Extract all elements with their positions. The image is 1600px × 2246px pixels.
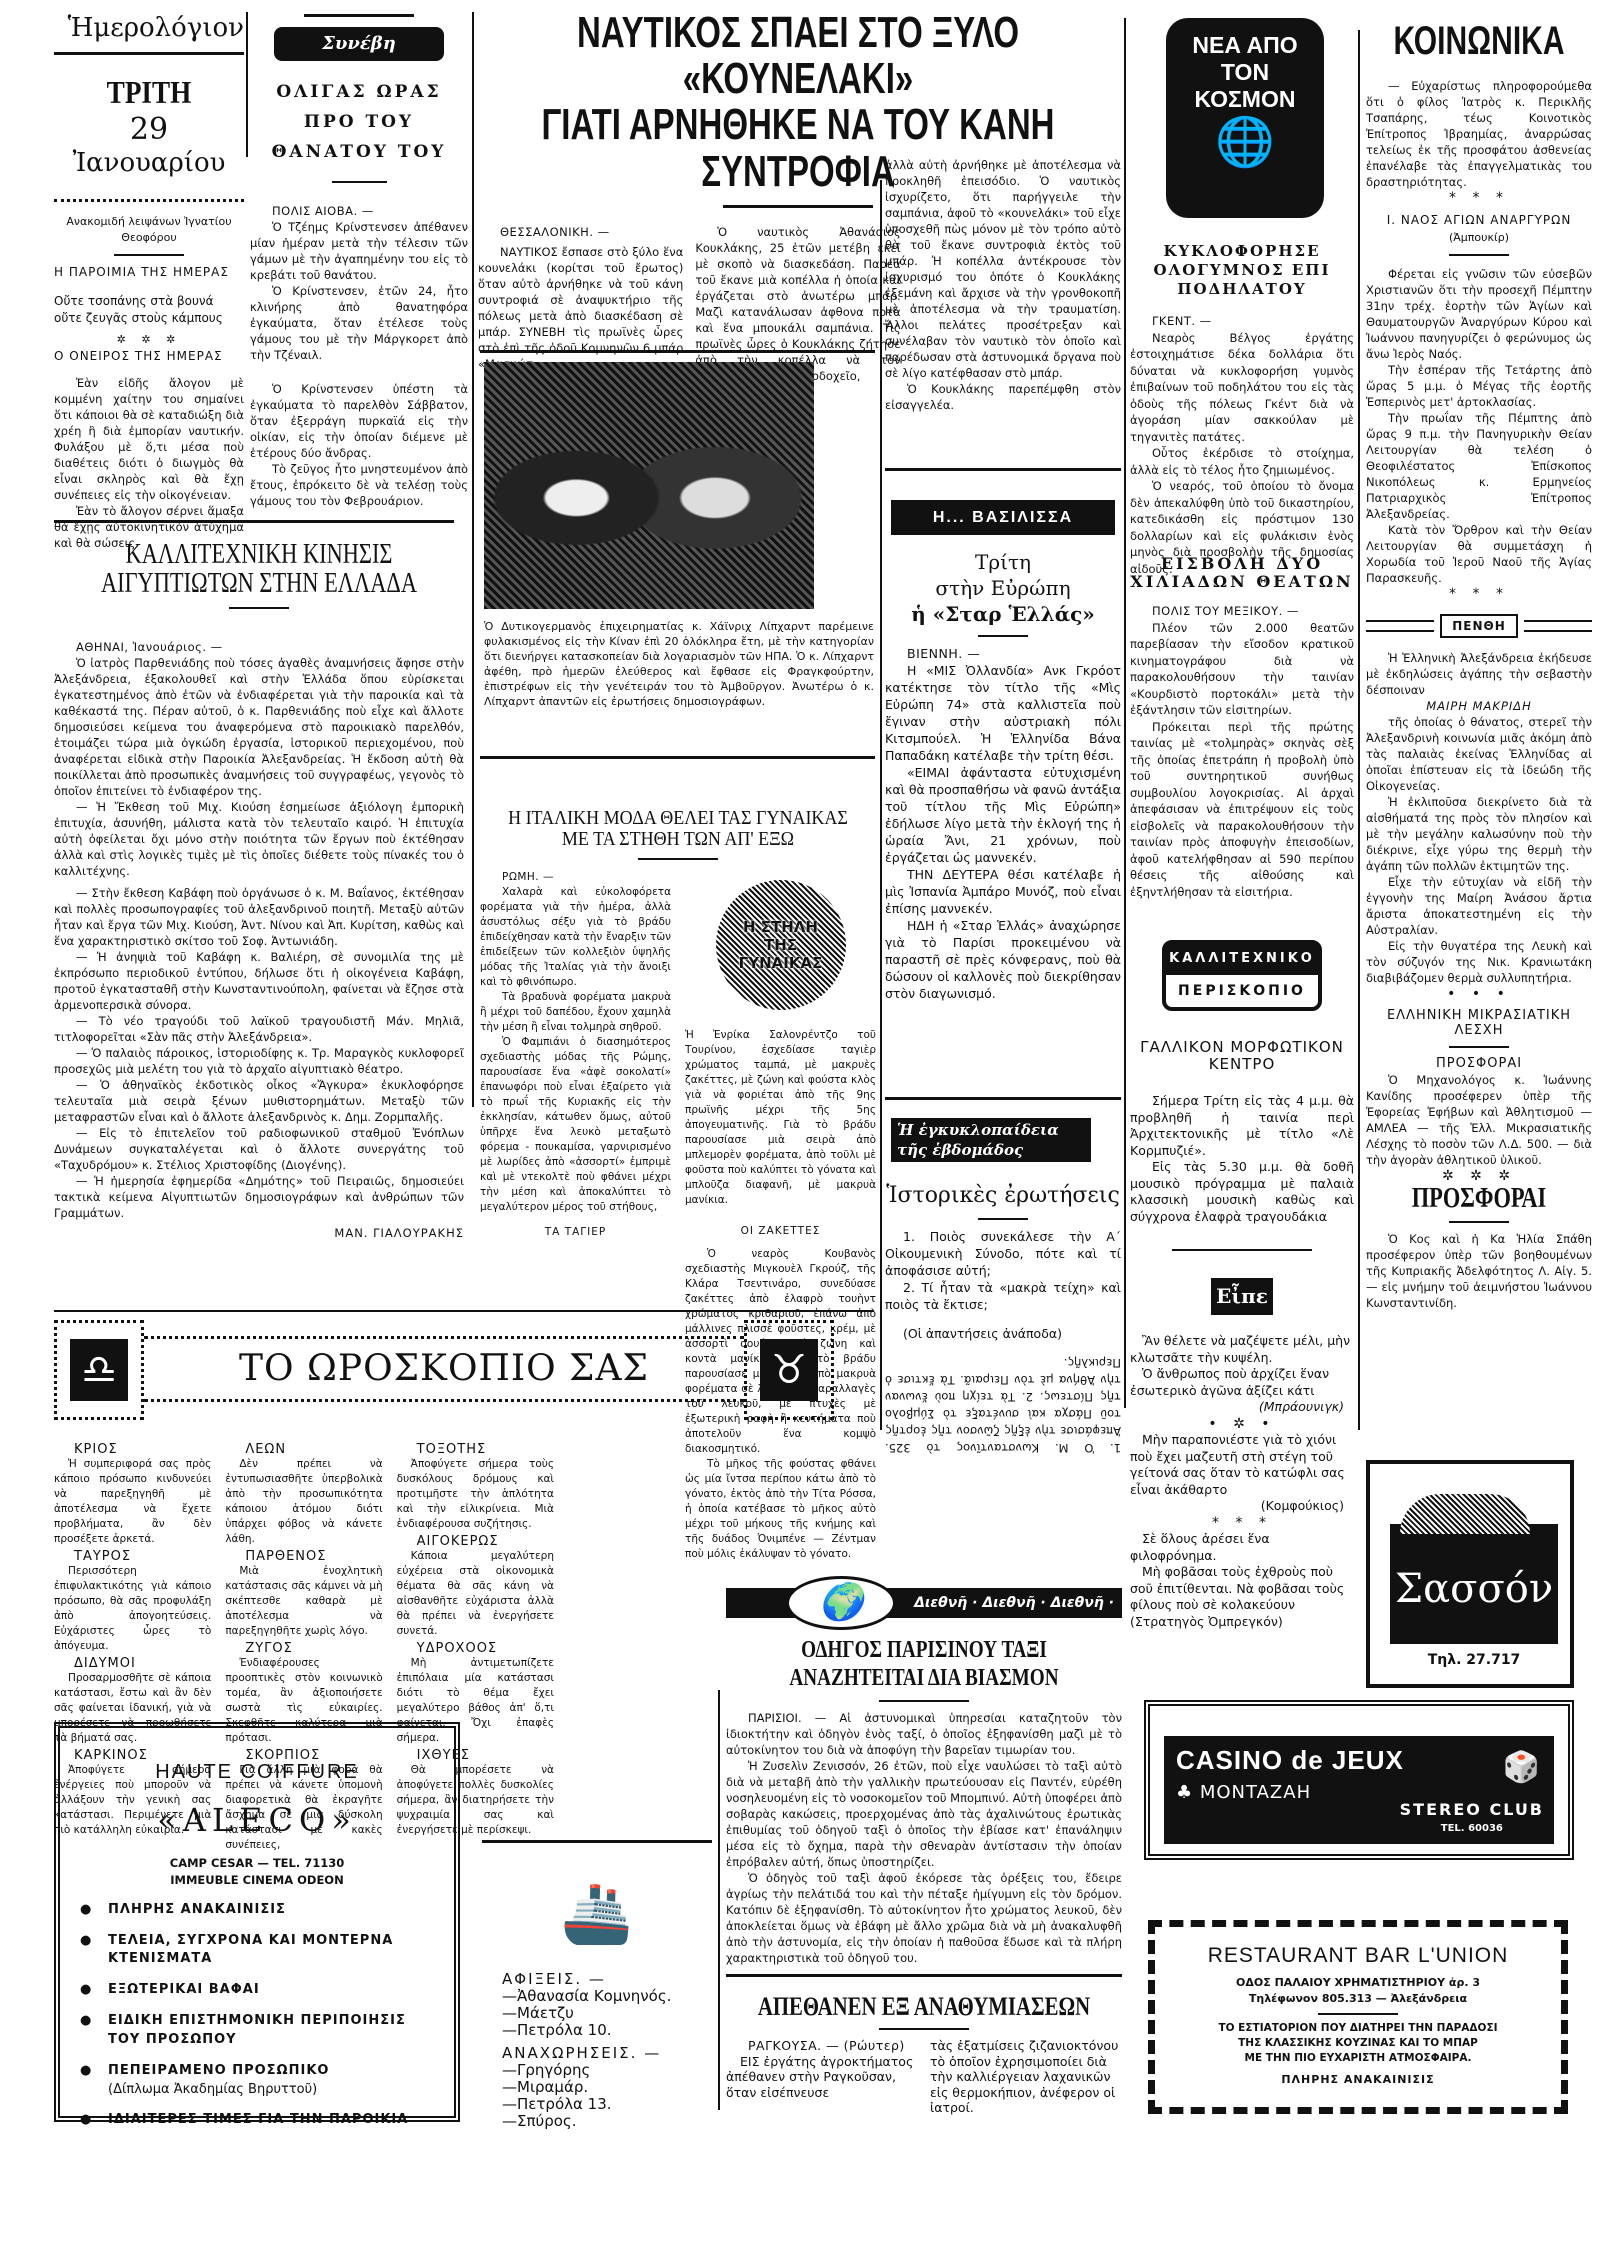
- paragraph: Εἶχε τὴν εὐτυχίαν νὰ εἰδῆ τὴν ἐγγονὴν τη…: [1366, 874, 1592, 938]
- almanac-month: Ἰανουαρίου: [54, 145, 244, 183]
- ad-address: ΟΔΟΣ ΠΑΛΑΙΟΥ ΧΡΗΜΑΤΙΣΤΗΡΙΟΥ ἀρ. 3: [1165, 1975, 1551, 1991]
- proverb-heading: Η ΠΑΡΟΙΜΙΑ ΤΗΣ ΗΜΕΡΑΣ: [54, 264, 244, 281]
- ad-line: HAUTE COIFFURE: [80, 1758, 434, 1787]
- paragraph: — Εἰς τὸ ἐπιτελεῖον τοῦ ραδιοφωνικοῦ στα…: [54, 1125, 464, 1173]
- church-heading: Ι. ΝΑΟΣ ΑΓΙΩΝ ΑΝΑΡΓΥΡΩΝ: [1366, 212, 1592, 228]
- paragraph: Ὁ Φαμπιάνι ὁ διασημότερος σχεδιαστὴς μόδ…: [480, 1035, 671, 1215]
- synevi-label: Συνέβη: [274, 27, 444, 61]
- paragraph: Ἡ Ἑλληνικὴ Ἀλεξάνδρεια ἐκήδευσε μὲ ἐκδηλ…: [1366, 650, 1592, 698]
- world-banner: 🌍 Διεθνῆ · Διεθνῆ · Διεθνῆ ·: [726, 1588, 1122, 1618]
- photo-image: [484, 362, 814, 609]
- cinema-headline: ΕΙΣΒΟΛΗ ΔΥΟ ΧΙΛΙΑΔΩΝ ΘΕΑΤΩΝ: [1130, 555, 1354, 591]
- departures-label: ΑΝΑΧΩΡΗΣΕΙΣ. —: [502, 2045, 712, 2062]
- paragraph: Ὁ ὁδηγὸς τοῦ ταξὶ ἀφοῦ ἐκόρεσε τὰς ὀρέξε…: [726, 1870, 1122, 1966]
- quote: Ἂν θέλετε νὰ μαζέψετε μέλι, μὴν κλωτσᾶτε…: [1130, 1333, 1354, 1366]
- dateline: ΠΟΛΙΣ ΑΙΟΒΑ. —: [250, 203, 468, 219]
- answers-upside-down: 1. Ὁ Μ. Κωνσταντῖνος τὸ 325. Ἀπεφάσισε τ…: [885, 1354, 1121, 1456]
- ad-bullet: ΕΞΩΤΕΡΙΚΑΙ ΒΑΦΑΙ: [80, 1981, 434, 2000]
- question: 1. Ποιὸς συνεκάλεσε τὴν Α΄ Οἰκουμενικὴ Σ…: [885, 1228, 1121, 1279]
- quote-author: (Κομφούκιος): [1130, 1498, 1354, 1515]
- queen-story: Η... ΒΑΣΙΛΙΣΣΑ Τρίτη στὴν Εὐρώπη ἡ «Σταρ…: [885, 500, 1121, 1002]
- paragraph: Οὗτος ἐκέρδισε τὸ στοίχημα, ἀλλὰ εἰς τὸ …: [1130, 445, 1354, 478]
- sign-text: Κάποια μεγαλύτερη εὐχέρεια στὰ οἰκονομικ…: [397, 1549, 554, 1639]
- artists-story: ΚΑΛΛΙΤΕΧΝΙΚΗ ΚΙΝΗΣΙΣ ΑΙΓΥΠΤΙΩΤΩΝ ΣΤΗΝ ΕΛ…: [54, 540, 464, 1241]
- paragraph: Ὁ Κρίνστενσεν ὑπέστη τὰ ἐγκαύματα τὸ παρ…: [250, 381, 468, 461]
- taxi-story: 🌍 Διεθνῆ · Διεθνῆ · Διεθνῆ · ΟΔΗΓΟΣ ΠΑΡΙ…: [726, 1588, 1122, 2116]
- stars-divider: • ✲ •: [1130, 1416, 1354, 1433]
- queen-headline: Τρίτη στὴν Εὐρώπη ἡ «Σταρ Ἑλλάς»: [885, 549, 1121, 627]
- lead-story-continued: ἀλλὰ αὐτὴ ἀρνήθηκε μὲ ἀποτέλεσμα νὰ προκ…: [885, 157, 1121, 413]
- sign-gemini: ΔΙΔΥΜΟΙ: [54, 1656, 211, 1671]
- ad-title: RESTAURANT BAR L'UNION: [1165, 1941, 1551, 1971]
- quote: Σὲ ὅλους ἀρέσει ἕνα φιλοφρόνημα.: [1130, 1531, 1354, 1564]
- taurus-frame: ♉: [744, 1320, 834, 1420]
- periscope-badge: ΚΑΛΛΙΤΕΧΝΙΚΟ ΠΕΡΙΣΚΟΠΙΟ: [1162, 940, 1322, 1011]
- paragraph: τὰς ἐξατμίσεις ζιζανιοκτόνου τὸ ὁποῖον ἐ…: [930, 2038, 1122, 2116]
- departure-item: —Μιραμάρ.: [502, 2079, 712, 2096]
- paragraph: Τὴν πρωΐαν τῆς Πέμπτης ἀπὸ ὥρας 9 π.μ. τ…: [1366, 410, 1592, 522]
- paragraph: Ὁ ἰατρὸς Παρθενιάδης ποὺ τόσες ἀγαθὲς ἀν…: [54, 655, 464, 799]
- dream-text: Ἐὰν εἰδῆς ἄλογον μὲ κομμένη χαίτην του σ…: [54, 375, 244, 503]
- sign-sagittarius: ΤΟΞΟΤΗΣ: [397, 1442, 554, 1457]
- club-subheading: ΠΡΟΣΦΟΡΑΙ: [1366, 1056, 1592, 1072]
- dateline: ΠΟΛΙΣ ΤΟΥ ΜΕΞΙΚΟΥ. —: [1130, 603, 1354, 620]
- subheading: ΟΙ ΖΑΚΕΤΤΕΣ: [685, 1224, 876, 1239]
- sign-text: Δὲν πρέπει νὰ ἐντυπωσιασθῆτε ὑπερβολικὰ …: [225, 1457, 382, 1547]
- ad-title: CASINO de JEUX: [1176, 1742, 1542, 1780]
- cyclist-headline: ΚΥΚΛΟΦΟΡΗΣΕ ΟΛΟΓΥΜΝΟΣ ΕΠΙ ΠΟΔΗΛΑΤΟΥ: [1130, 242, 1354, 299]
- arrival-item: —Ἀθανασία Κομνηνός.: [502, 1988, 712, 2005]
- sign-taurus: ΤΑΥΡΟΣ: [54, 1549, 211, 1564]
- departure-item: —Πετρόλα 13.: [502, 2096, 712, 2113]
- cultural-heading: ΓΑΛΛΙΚΟΝ ΜΟΡΦΩΤΙΚΟΝ ΚΕΝΤΡΟ: [1130, 1039, 1354, 1073]
- arrivals-label: ΑΦΙΞΕΙΣ. —: [502, 1971, 712, 1988]
- ad-phone: Τηλέφωνον 805.313 — Ἀλεξάνδρεια: [1165, 1991, 1551, 2007]
- ad-address: CAMP CESAR — TEL. 71130: [80, 1855, 434, 1872]
- church-subheading: (Ἀμπουκίρ): [1366, 230, 1592, 246]
- sign-aries: ΚΡΙΟΣ: [54, 1442, 211, 1457]
- ad-phone: Τηλ. 27.717: [1390, 1650, 1558, 1670]
- stars-divider: • • •: [1366, 986, 1592, 1002]
- women-column-badge: Η ΣΤΗΛΗ ΤΗΣ ΓΥΝΑΙΚΑΣ: [716, 880, 846, 1010]
- quote: Μὴν παραπονιέστε γιὰ τὸ χιόνι ποὺ ἔχει μ…: [1130, 1432, 1354, 1498]
- globe-icon: 🌍: [786, 1576, 896, 1630]
- paragraph: — Ὁ παλαιὸς πάροικος, ἱστοριοδίφης κ. Τρ…: [54, 1045, 464, 1077]
- paragraph: Τὸ ζεῦγος ἦτο μνηστευμένον ἀπὸ ἔτους, ἐπ…: [250, 461, 468, 509]
- sasson-advertisement[interactable]: Σασσόν Τηλ. 27.717: [1366, 1460, 1574, 1688]
- paragraph: Ἡ Ζυσελὶν Ζενισσόν, 26 ἐτῶν, ποὺ εἶχε να…: [726, 1758, 1122, 1870]
- paragraph: ΤΗΝ ΔΕΥΤΕΡΑ θέσι κατέλαβε ἡ μὶς Ἰσπανία …: [885, 866, 1121, 917]
- paragraph: Ὁ Τζέημς Κρίνστενσεν ἀπέθανεν μίαν ἡμέρα…: [250, 219, 468, 283]
- shipping-column: 🚢 ΑΦΙΞΕΙΣ. — —Ἀθανασία Κομνηνός. —Μάετζυ…: [482, 1680, 712, 2130]
- encyclopedia-headline: Ἱστορικὲς ἐρωτήσεις: [885, 1182, 1121, 1210]
- column-rule: [472, 12, 474, 1107]
- stars-divider: * * *: [1130, 1515, 1354, 1532]
- horoscope-title: ΤΟ ΩΡΟΣΚΟΠΙΟ ΣΑΣ: [144, 1336, 744, 1402]
- paragraph: Σήμερα Τρίτη εἰς τὰς 4 μ.μ. θὰ προβληθῆ …: [1130, 1093, 1354, 1159]
- ad-bullet: ΠΕΠΕΙΡΑΜΕΝΟ ΠΡΟΣΩΠΙΚΟ(Δίπλωμα Ἀκαδημίας …: [80, 2062, 434, 2100]
- paragraph: Φέρεται εἰς γνῶσιν τῶν εὐσεβῶν Χριστιανῶ…: [1366, 266, 1592, 362]
- ad-bullet: ΠΛΗΡΗΣ ΑΝΑΚΑΙΝΙΣΙΣ: [80, 1901, 434, 1920]
- dateline: ΡΩΜΗ. —: [480, 870, 671, 885]
- aleco-advertisement[interactable]: HAUTE COIFFURE «ALECO» CAMP CESAR — TEL.…: [54, 1722, 460, 2122]
- paragraph: Εἰς τὰς 5.30 μ.μ. θὰ δοθῆ μουσικὸ πρόγρα…: [1130, 1159, 1354, 1225]
- paragraph: — Στὴν ἔκθεση Καβάφη ποὺ ὀργάνωσε ὁ κ. Μ…: [54, 885, 464, 949]
- sign-text: Περισσότερη ἐπιφυλακτικότης γιὰ κάποιο π…: [54, 1564, 211, 1654]
- donations-heading: ΠΡΟΣΦΟΡΑΙ: [1389, 1184, 1570, 1213]
- encyclopedia: Ἡ ἐγκυκλοπαίδεια τῆς ἑβδομάδος Ἱστορικὲς…: [885, 1118, 1121, 1456]
- libra-icon: ♎: [70, 1339, 128, 1401]
- stars-divider: * * *: [1366, 190, 1592, 206]
- paragraph: τῆς ὁποίας ὁ θάνατος, στερεῖ τὴν Ἀλεξανδ…: [1366, 714, 1592, 794]
- synevi-story: Συνέβη ΟΛΙΓΑΣ ΩΡΑΣ ΠΡΟ ΤΟΥ ΘΑΝΑΤΟΥ ΤΟΥ Π…: [250, 14, 468, 509]
- stars-divider: * * *: [1366, 586, 1592, 602]
- answers-note: (Οἱ ἀπαντήσεις ἀνάποδα): [885, 1325, 1121, 1342]
- sign-virgo: ΠΑΡΘΕΝΟΣ: [225, 1549, 382, 1564]
- paragraph: ΕΙΣ ἐργάτης ἀγροκτήματος ἀπέθανεν στὴν Ρ…: [726, 2054, 918, 2101]
- casino-advertisement[interactable]: CASINO de JEUX ♣ MONTAZAH STEREO CLUB TE…: [1144, 1700, 1574, 1860]
- paragraph: Τὴν ἑσπέραν τῆς Τετάρτης ἀπὸ ὥρας 5 μ.μ.…: [1366, 362, 1592, 410]
- ad-bullet: ΕΙΔΙΚΗ ΕΠΙΣΤΗΜΟΝΙΚΗ ΠΕΡΙΠΟΙΗΣΙΣ ΤΟΥ ΠΡΟΣ…: [80, 2012, 434, 2050]
- quotes-label: Εἶπε: [1211, 1278, 1273, 1315]
- libra-frame: ♎: [54, 1320, 144, 1420]
- column-rule: [1358, 30, 1360, 1430]
- news-photo: Ὁ Δυτικογερμανὸς ἐπιχειρηματίας κ. Χάϊνρ…: [484, 362, 876, 709]
- roulette-icon: 🎲: [1503, 1746, 1540, 1790]
- paragraph: «ΕΙΜΑΙ ἀφάνταστα εὐτυχισμένη καὶ θὰ προσ…: [885, 764, 1121, 866]
- paragraph: Εἰς τὴν θυγατέρα της Λευκὴ καὶ τὸν σύζυγ…: [1366, 938, 1592, 986]
- dateline: ΑΘΗΝΑΙ, Ἰανουάριος. —: [54, 639, 464, 655]
- departure-item: —Γρηγόρης: [502, 2062, 712, 2079]
- dateline: ΓΚΕΝΤ. —: [1130, 313, 1354, 330]
- world-news: ΝΕΑ ΑΠΟ ΤΟΝ ΚΟΣΜΟΝ 🌐 ΚΥΚΛΟΦΟΡΗΣΕ ΟΛΟΓΥΜΝ…: [1130, 18, 1354, 577]
- dateline: ΡΑΓΚΟΥΣΑ. — (Ρώυτερ): [726, 2038, 918, 2054]
- fumes-headline: ΑΠΕΘΑΝΕΝ ΕΞ ΑΝΑΘΥΜΙΑΣΕΩΝ: [742, 1993, 1107, 2020]
- dream-heading: Ο ΟΝΕΙΡΟΣ ΤΗΣ ΗΜΕΡΑΣ: [54, 348, 244, 365]
- ad-bullet: ΙΔΙΑΙΤΕΡΕΣ ΤΙΜΕΣ ΓΙΑ ΤΗΝ ΠΑΡΟΙΚΙΑ: [80, 2111, 434, 2130]
- paragraph: Ἡ ἐκλιποῦσα διεκρίνετο διὰ τὰ αἰσθήματά …: [1366, 794, 1592, 874]
- paragraph: ΗΔΗ ἡ «Σταρ Ἑλλάς» ἀναχώρησε γιὰ τὸ Παρί…: [885, 917, 1121, 1002]
- quote-author: (Στρατηγὸς Ὀμπρεγκόν): [1130, 1614, 1354, 1631]
- paragraph: Πλέον τῶν 2.000 θεατῶν παρεβίασαν τὴν εἴ…: [1130, 620, 1354, 719]
- sign-text: Ἀποφύγετε σήμερα τοὺς δυσκόλους δρόμους …: [397, 1457, 554, 1532]
- paragraph: Τὰ βραδυνὰ φορέματα μακρυὰ ἢ μέχρι τοῦ δ…: [480, 990, 671, 1035]
- ad-bullet: ΤΕΛΕΙΑ, ΣΥΓΧΡΟΝΑ ΚΑΙ ΜΟΝΤΕΡΝΑ ΚΤΕΝΙΣΜΑΤΑ: [80, 1932, 434, 1970]
- departure-item: —Σπύρος.: [502, 2113, 712, 2130]
- sign-aquarius: ΥΔΡΟΧΟΟΣ: [397, 1641, 554, 1656]
- social-title: ΚΟΙΝΩΝΙΚΑ: [1379, 20, 1579, 62]
- social-column: ΚΟΙΝΩΝΙΚΑ — Εὐχαρίστως πληροφορούμεθα ὅτ…: [1366, 20, 1592, 1311]
- artists-headline: ΚΑΛΛΙΤΕΧΝΙΚΗ ΚΙΝΗΣΙΣ ΑΙΓΥΠΤΙΩΤΩΝ ΣΤΗΝ ΕΛ…: [95, 540, 423, 599]
- almanac-title: Ἡμερολόγιον: [54, 10, 244, 55]
- proverb-text: Οὔτε τσοπάνης στὰ βουνά οὔτε ζευγᾶς στοὺ…: [54, 293, 244, 328]
- sign-capricorn: ΑΙΓΟΚΕΡΩΣ: [397, 1534, 554, 1549]
- ad-phone: TEL. 60036: [1400, 1822, 1544, 1837]
- paragraph: Ὁ Κρίνστενσεν, ἐτῶν 24, ἦτο κλινήρης ἀπὸ…: [250, 283, 468, 363]
- handbag-icon: [1400, 1494, 1530, 1534]
- ad-club: STEREO CLUB: [1400, 1798, 1544, 1821]
- quote-author: (Μπράουνιγκ): [1130, 1399, 1354, 1416]
- quote: Ὁ ἄνθρωπος ποὺ ἀρχίζει ἕναν ἐσωτερικὸ ἀγ…: [1130, 1366, 1354, 1399]
- club-heading: ΕΛΛΗΝΙΚΗ ΜΙΚΡΑΣΙΑΤΙΚΗ ΛΕΣΧΗ: [1366, 1008, 1592, 1038]
- stars-divider: ✲ ✲ ✲: [1366, 1168, 1592, 1184]
- divider: [114, 254, 184, 256]
- paragraph: Ὁ ναυτικὸς Ἀθανάσιος Κουκλάκης, 25 ἐτῶν …: [695, 224, 900, 384]
- paragraph: Ἡ Ἐνρίκα Σαλονρέντζο τοῦ Τουρίνου, ἐσχεδ…: [685, 1028, 876, 1208]
- quotes-column: Εἶπε Ἂν θέλετε νὰ μαζέψετε μέλι, μὴν κλω…: [1130, 1278, 1354, 1630]
- dateline: ΘΕΣΣΑΛΟΝΙΚΗ. —: [478, 224, 683, 240]
- sign-text: Ἡ συμπεριφορά σας πρὸς κάποιο πρόσωπο κι…: [54, 1457, 211, 1547]
- taxi-headline: ΟΔΗΓΟΣ ΠΑΡΙΣΙΝΟΥ ΤΑΞΙ ΑΝΑΖΗΤΕΙΤΑΙ ΔΙΑ ΒΙ…: [734, 1636, 1115, 1692]
- deceased-name: ΜΑΙΡΗ ΜΑΚΡΙΔΗ: [1366, 698, 1592, 714]
- quote: Μὴ φοβᾶσαι τοὺς ἐχθροὺς ποὺ σοῦ ἐπιτίθεν…: [1130, 1564, 1354, 1614]
- stars-divider: ✲ ✲ ✲: [54, 332, 244, 348]
- paragraph: — Εὐχαρίστως πληροφορούμεθα ὅτι ὁ φίλος …: [1366, 78, 1592, 190]
- sign-leo: ΛΕΩΝ: [225, 1442, 382, 1457]
- byline: ΜΑΝ. ΓΙΑΛΟΥΡΑΚΗΣ: [54, 1225, 464, 1241]
- dateline: ΠΑΡΙΣΙΟΙ. —: [748, 1711, 826, 1725]
- ad-address: IMMEUBLE CINEMA ODEON: [80, 1872, 434, 1889]
- paragraph: — Τὸ νέο τραγούδι τοῦ λαϊκοῦ τραγουδιστῆ…: [54, 1013, 464, 1045]
- union-advertisement[interactable]: RESTAURANT BAR L'UNION ΟΔΟΣ ΠΑΛΑΙΟΥ ΧΡΗΜ…: [1148, 1920, 1568, 2114]
- paragraph: Η «ΜΙΣ Ὀλλανδία» Ανκ Γκρόοτ κατέκτησε τὸ…: [885, 662, 1121, 764]
- saint-of-day: Ανακομιδή λειψάνων Ἰγνατίου Θεοφόρου: [54, 214, 244, 246]
- subheading: ΤΑ ΤΑΓΙΕΡ: [480, 1225, 671, 1240]
- globe-icon: 🌐: [1166, 113, 1324, 173]
- ad-footer: ΠΛΗΡΗΣ ΑΝΑΚΑΙΝΙΣΙΣ: [1165, 2072, 1551, 2088]
- cultural-periscope: ΚΑΛΛΙΤΕΧΝΙΚΟ ΠΕΡΙΣΚΟΠΙΟ ΓΑΛΛΙΚΟΝ ΜΟΡΦΩΤΙ…: [1130, 940, 1354, 1259]
- almanac-date: 29: [54, 115, 244, 145]
- encyclopedia-label: Ἡ ἐγκυκλοπαίδεια τῆς ἑβδομάδος: [891, 1118, 1091, 1162]
- world-news-badge: ΝΕΑ ΑΠΟ ΤΟΝ ΚΟΣΜΟΝ 🌐: [1166, 18, 1324, 218]
- paragraph: Κατὰ τὸν Ὄρθρον καὶ τὴν Θείαν Λειτουργία…: [1366, 522, 1592, 586]
- almanac-column: Ἡμερολόγιον ΤΡΙΤΗ 29 Ἰανουαρίου Ανακομιδ…: [54, 10, 244, 551]
- synevi-headline: ΟΛΙΓΑΣ ΩΡΑΣ ΠΡΟ ΤΟΥ ΘΑΝΑΤΟΥ ΤΟΥ: [250, 77, 468, 167]
- column-rule: [246, 12, 248, 157]
- paragraph: Χαλαρὰ καὶ εὐκολοφόρετα φορέματα γιὰ τὴν…: [480, 885, 671, 990]
- paragraph: — Ἡ ἀνηψιὰ τοῦ Καβάφη κ. Βαλιέρη, σὲ συν…: [54, 949, 464, 1013]
- divider: [54, 199, 244, 202]
- arrival-item: —Μάετζυ: [502, 2005, 712, 2022]
- paragraph: Ὁ Κουκλάκης παρεπέμφθη στὸν εἰσαγγελέα.: [885, 381, 1121, 413]
- dateline: ΒΙΕΝΝΗ. —: [885, 645, 1121, 662]
- paragraph: — Ὁ ἀθηναϊκὸς ἐκδοτικὸς οἶκος «Ἄγκυρα» ἐ…: [54, 1077, 464, 1125]
- cinema-invasion-story: ΕΙΣΒΟΛΗ ΔΥΟ ΧΙΛΙΑΔΩΝ ΘΕΑΤΩΝ ΠΟΛΙΣ ΤΟΥ ΜΕ…: [1130, 555, 1354, 900]
- sign-libra: ΖΥΓΟΣ: [225, 1641, 382, 1656]
- horoscope-banner: ♎ ΤΟ ΩΡΟΣΚΟΠΙΟ ΣΑΣ ♉: [54, 1320, 874, 1440]
- paragraph: Ὁ Κος καὶ ἡ Κα Ἠλία Σπάθη προσέφερον ὑπὲ…: [1366, 1231, 1592, 1311]
- mourning-label: ΠΕΝΘΗ: [1366, 614, 1592, 638]
- column-rule: [1124, 18, 1126, 1408]
- paragraph: Νεαρὸς Βέλγος ἐργάτης ἐστοιχημάτισε δέκα…: [1130, 330, 1354, 446]
- fashion-headline: Η ΙΤΑΛΙΚΗ ΜΟΔΑ ΘΕΛΕΙ ΤΑΣ ΓΥΝΑΙΚΑΣ ΜΕ ΤΑ …: [482, 808, 874, 850]
- photo-caption: Ὁ Δυτικογερμανὸς ἐπιχειρηματίας κ. Χάϊνρ…: [484, 619, 874, 709]
- ad-brand: «ALECO»: [80, 1797, 434, 1843]
- queen-label: Η... ΒΑΣΙΛΙΣΣΑ: [891, 500, 1115, 535]
- paragraph: Πρόκειται περὶ τῆς πρώτης ταινίας μὲ «το…: [1130, 719, 1354, 901]
- almanac-day: ΤΡΙΤΗ: [68, 69, 230, 115]
- question: 2. Τί ἦταν τὰ «μακρὰ τείχη» καὶ ποιὸς τὰ…: [885, 1279, 1121, 1313]
- ad-brand: Σασσόν: [1390, 1560, 1558, 1618]
- paragraph: — Ἡ Ἔκθεση τοῦ Μιχ. Κιούση ἐσημείωσε ἀξι…: [54, 799, 464, 879]
- paragraph: — Ἡ ἡμερησία ἐφημερίδα «Δημότης» τοῦ Πει…: [54, 1173, 464, 1221]
- arrival-item: —Πετρόλα 10.: [502, 2022, 712, 2039]
- ship-icon: 🚢: [482, 1873, 712, 1953]
- taurus-icon: ♉: [760, 1339, 818, 1401]
- paragraph: ἀλλὰ αὐτὴ ἀρνήθηκε μὲ ἀποτέλεσμα νὰ προκ…: [885, 157, 1121, 381]
- sign-text: Μιὰ ἐνοχλητικὴ κατάστασις σᾶς κάμνει νὰ …: [225, 1564, 382, 1639]
- paragraph: Ὁ Μηχανολόγος κ. Ἰωάννης Κανίδης προσέφε…: [1366, 1072, 1592, 1168]
